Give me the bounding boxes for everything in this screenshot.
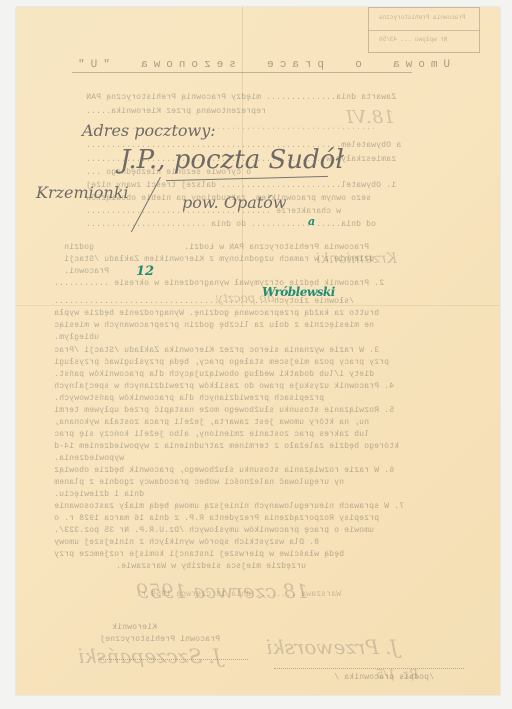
body-line: 3. W razie wyznania sieroc przez Kierown… [54,346,379,355]
body-line: Pracowni. [64,267,124,276]
signature-label-pracownia: Pracowni Prehistorycznej [100,635,220,644]
body-line: 4. Pracownik uzyskuje prawo do zasiłków … [54,382,394,391]
body-line: nu, na który umowa jest zawarta, jeżeli … [54,418,384,427]
green-ink-number: 12 [136,264,154,279]
body-line: umowie o pracę pracowników umysłowych /D… [54,526,389,535]
faint-handwriting: Krzemionki [316,251,397,267]
body-line: którego będzie zależało z terminem zatru… [54,442,414,451]
body-line: reprezentowaną przez Kierownika..... [86,107,266,116]
registration-stamp: Pracownia Prehistoryczna Nr wpływu ... 4… [368,7,480,53]
body-line: Zawarta dnia.............. między Pracow… [86,93,396,102]
body-line: lub zakres prac zostanie zmieniony, albo… [54,430,384,439]
body-line: ne miesięcznie z dołu za liczbę godzin p… [54,321,389,330]
body-line: 8. Dla wszystkich sporów wynikłych z nin… [54,538,319,547]
body-line: ubiegłym. [54,333,114,342]
body-line: 7. W sprawach nieuregulowanych niniejszą… [54,502,404,511]
address-label-handwritten: Adres pocztowy: [82,121,216,140]
body-line: 5. Rozwiązanie stosunku służbowego może … [54,406,394,415]
address-line-2-handwritten: pow. Opatów [182,193,287,212]
body-line: przy pracy poza miejscem stałego pracy, … [54,358,404,367]
faint-date-handwriting: 18 czerwca 1959 [136,579,308,603]
faint-signature-left: J. Szczepański [78,644,221,668]
body-line: dnia i dziewięciu. [54,490,159,499]
body-line: przepisy Rozporządzenia Prezydenta R.P. … [54,514,394,523]
body-line: wypowiedzenia. [54,454,139,463]
address-left-handwritten: Krzemionki [36,183,129,202]
body-line: będą właściwe w pierwszej instancji komi… [54,550,359,559]
faint-signature-right: J. Przeworski [266,635,398,659]
faint-handwriting: 18.VI [346,107,395,128]
body-line: brutto za każdą przepracowaną godzinę. W… [54,309,394,318]
corner-initials: Rz. 1/5 [376,667,418,681]
body-line: diety i/lub dodatki według obowiązującyc… [54,370,389,379]
document-page: Pracownia Prehistoryczna Nr wpływu ... 4… [16,7,500,695]
stamp-line-1: Pracownia Prehistoryczna [379,14,465,21]
title-rule [72,72,412,73]
green-ink-signature: Wróblewski [262,285,335,299]
stamp-line-2: Nr wpływu ... 43/56 [379,36,447,43]
body-line: przepisach przewidzianych dla pracownikó… [54,394,339,403]
signature-label-kierownik: Kierownik [112,623,157,632]
body-line: 1. Obywatel........................ dals… [86,181,396,190]
address-line-1-handwritten: J.P., poczta Sudół [120,145,344,175]
signature-line-right [274,668,464,669]
document-title-bleedthrough: Umowa o prace sezonowa "U" [72,59,450,71]
body-line: ny uregulować należności wobec pracodawc… [54,478,359,487]
green-ink-mark: a [308,215,315,228]
body-line: urzędzie miejsca siedziby w Warszawie. [116,562,321,571]
body-line: 6. W razie rozwiązania stosunku służbowe… [54,466,394,475]
